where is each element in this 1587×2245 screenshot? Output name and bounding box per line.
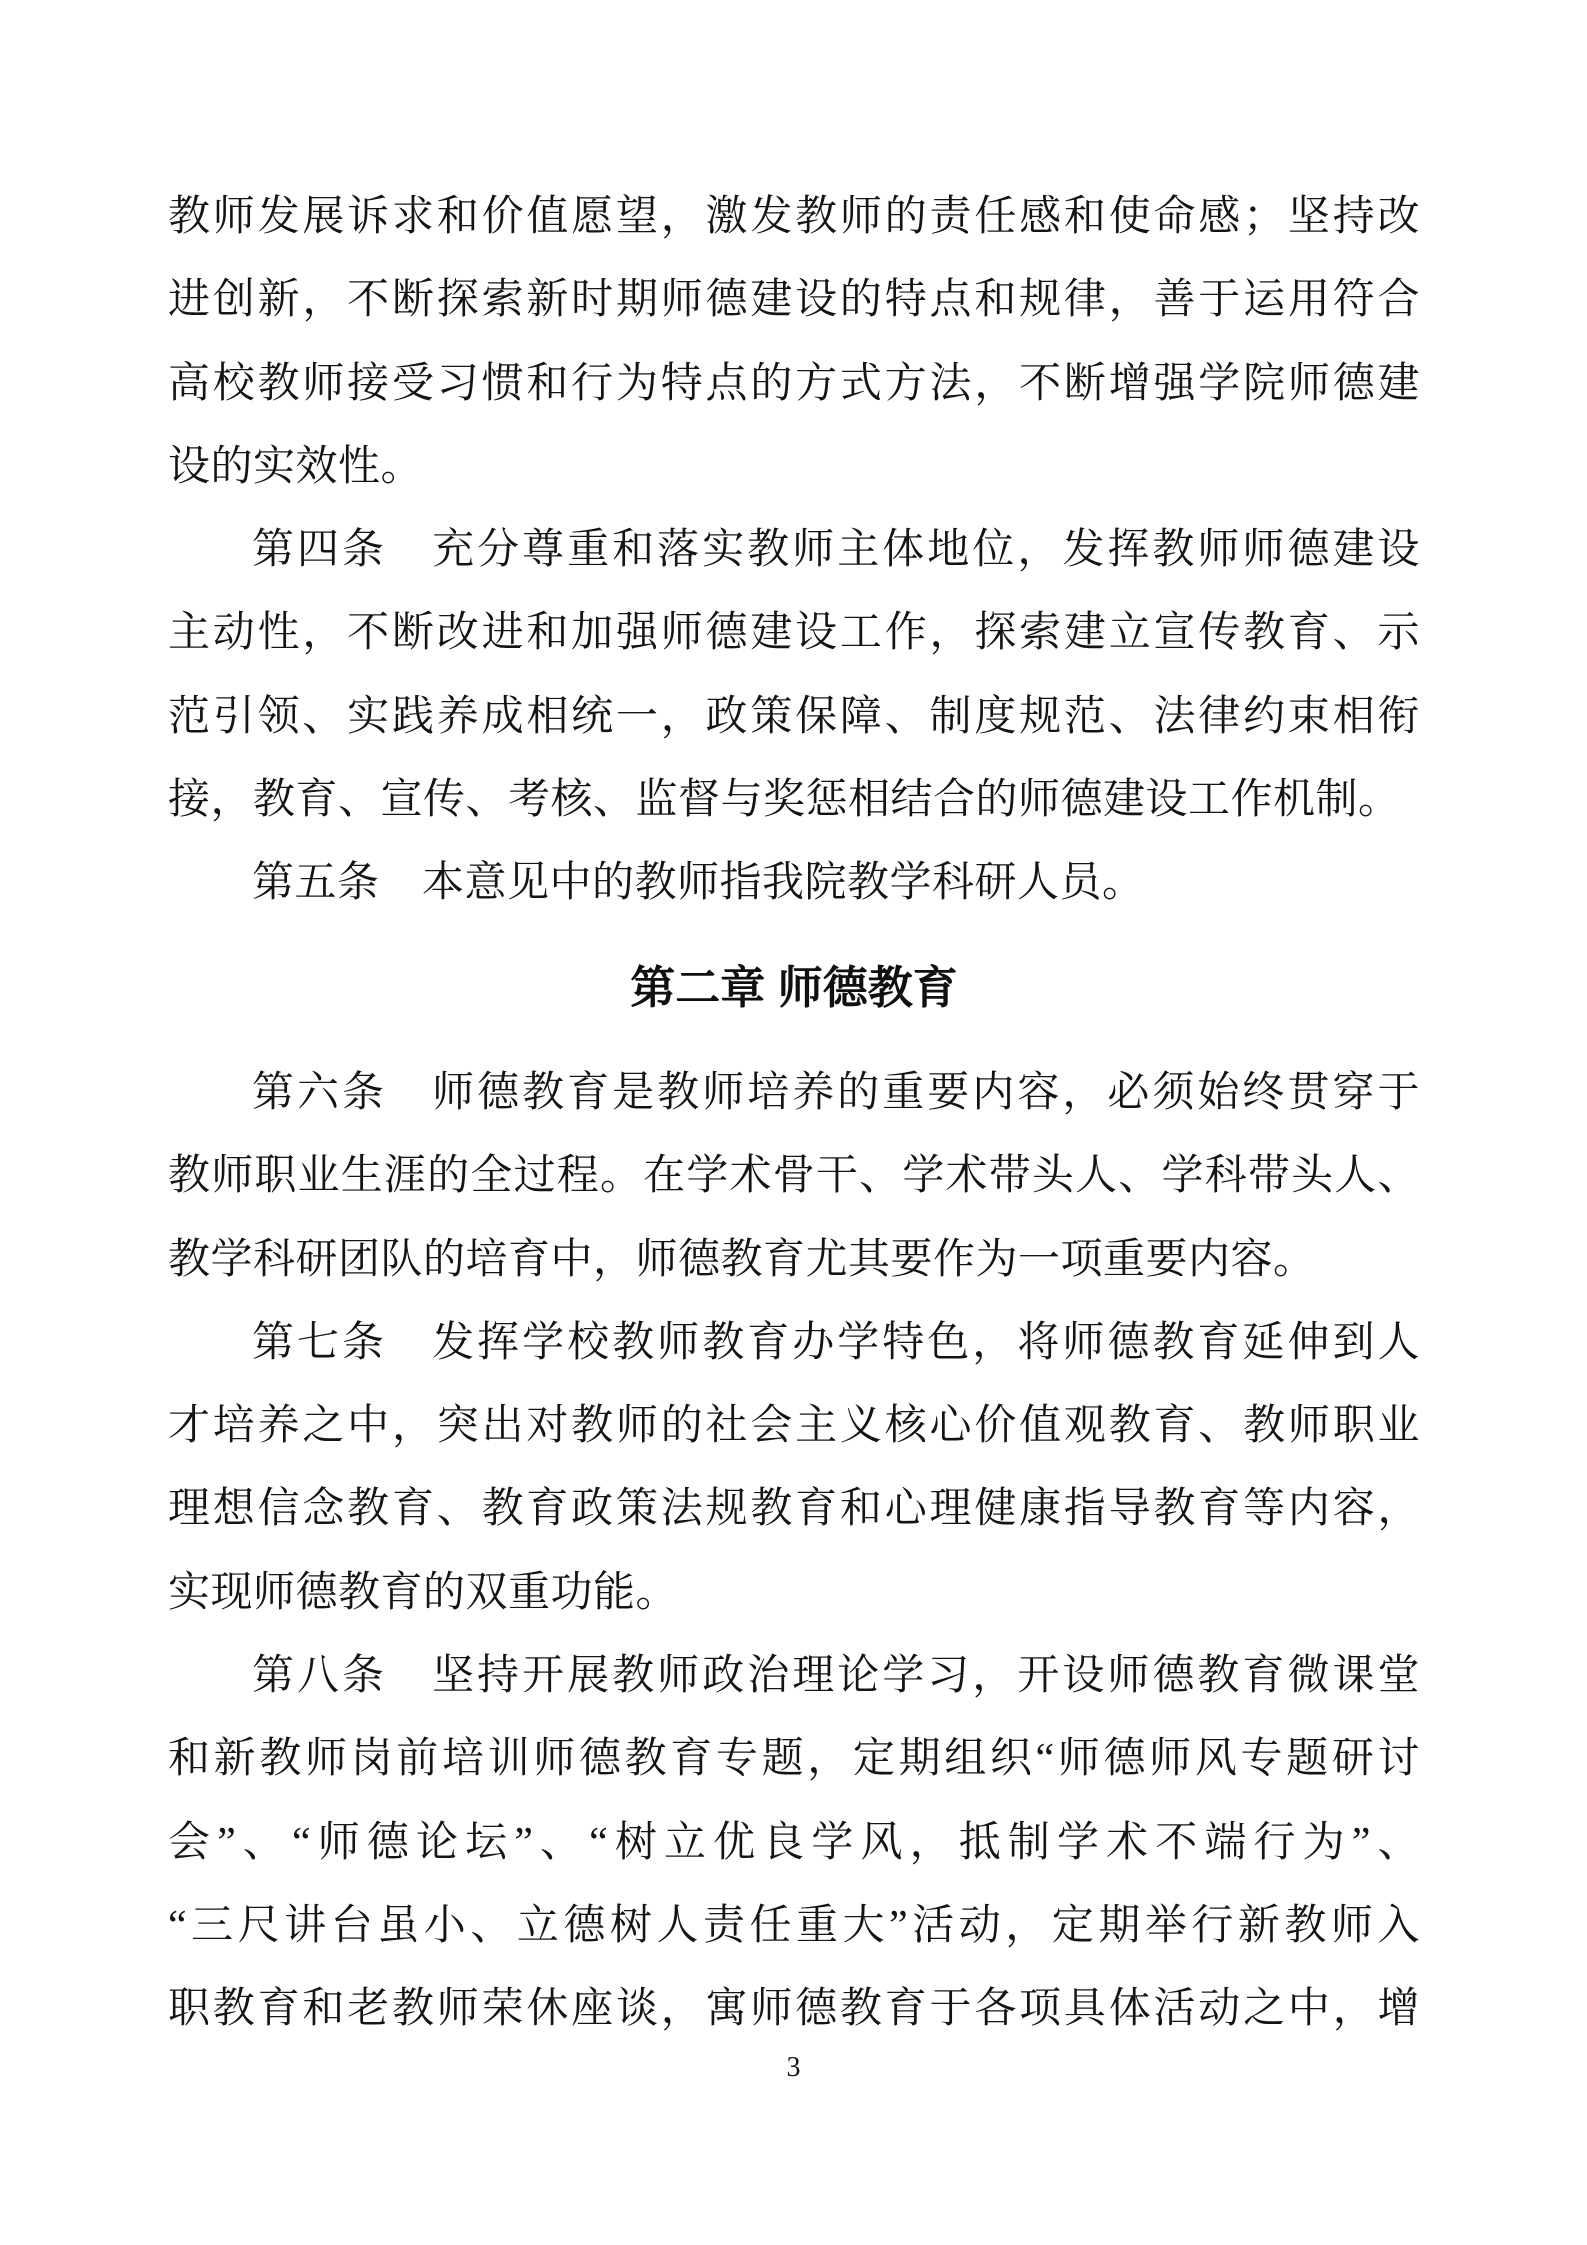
text-line: 会”、“师德论坛”、“树立优良学风，抵制学术不端行为”、 (168, 1802, 1420, 1885)
text-line: 接，教育、宣传、考核、监督与奖惩相结合的师德建设工作机制。 (168, 759, 1420, 842)
text-line: 设的实效性。 (168, 426, 1420, 509)
text-line: 和新教师岗前培训师德教育专题，定期组织“师德师风专题研讨 (168, 1718, 1420, 1801)
text-line: 高校教师接受习惯和行为特点的方式方法，不断增强学院师德建 (168, 343, 1420, 426)
text-line: 才培养之中，突出对教师的社会主义核心价值观教育、教师职业 (168, 1385, 1420, 1468)
document-page: 教师发展诉求和价值愿望，激发教师的责任感和使命感；坚持改进创新，不断探索新时期师… (0, 0, 1587, 2245)
text-line: 第四条 充分尊重和落实教师主体地位，发挥教师师德建设 (168, 509, 1420, 592)
text-line: 第八条 坚持开展教师政治理论学习，开设师德教育微课堂 (168, 1635, 1420, 1718)
document-content: 教师发展诉求和价值愿望，激发教师的责任感和使命感；坚持改进创新，不断探索新时期师… (168, 176, 1420, 2052)
chapter-heading: 第二章 师德教育 (168, 946, 1420, 1029)
text-line: 范引领、实践养成相统一，政策保障、制度规范、法律约束相衔 (168, 676, 1420, 759)
text-line: 职教育和老教师荣休座谈，寓师德教育于各项具体活动之中，增 (168, 1968, 1420, 2051)
text-line: 第五条 本意见中的教师指我院教学科研人员。 (168, 842, 1420, 925)
page-number: 3 (0, 2048, 1587, 2088)
text-line: 第七条 发挥学校教师教育办学特色，将师德教育延伸到人 (168, 1302, 1420, 1385)
text-line: “三尺讲台虽小、立德树人责任重大”活动，定期举行新教师入 (168, 1885, 1420, 1968)
text-line: 教师职业生涯的全过程。在学术骨干、学术带头人、学科带头人、 (168, 1135, 1420, 1218)
text-line: 理想信念教育、教育政策法规教育和心理健康指导教育等内容， (168, 1468, 1420, 1551)
text-line: 实现师德教育的双重功能。 (168, 1552, 1420, 1635)
text-line: 进创新，不断探索新时期师德建设的特点和规律，善于运用符合 (168, 259, 1420, 342)
text-line: 主动性，不断改进和加强师德建设工作，探索建立宣传教育、示 (168, 592, 1420, 675)
text-line: 教师发展诉求和价值愿望，激发教师的责任感和使命感；坚持改 (168, 176, 1420, 259)
text-line: 教学科研团队的培育中，师德教育尤其要作为一项重要内容。 (168, 1219, 1420, 1302)
text-line: 第六条 师德教育是教师培养的重要内容，必须始终贯穿于 (168, 1052, 1420, 1135)
